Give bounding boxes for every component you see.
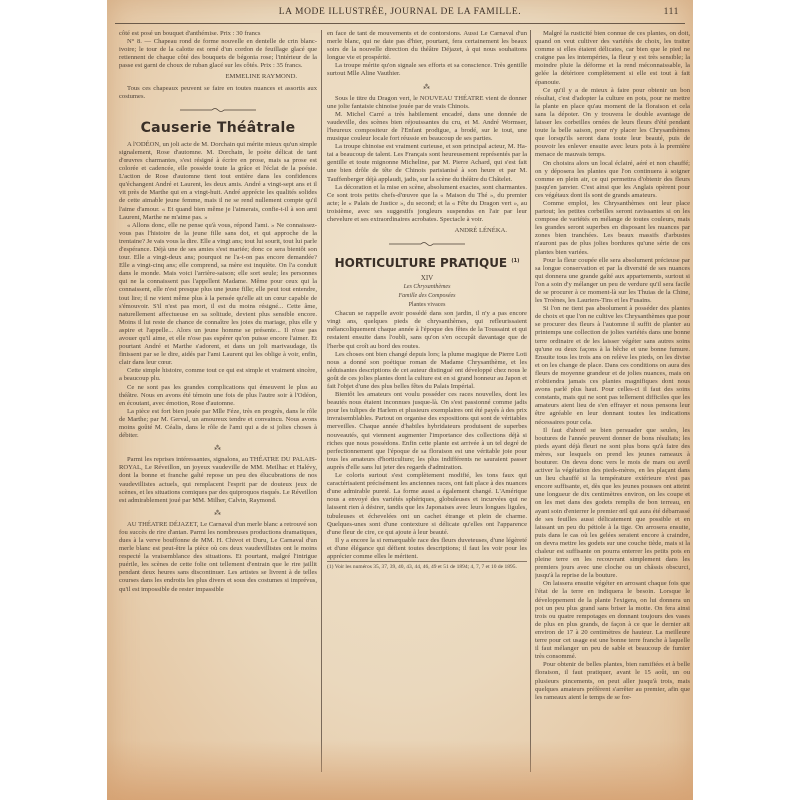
column-divider [530, 30, 531, 772]
paragraph: Sous le titre du Dragon vert, le NOUVEAU… [327, 95, 527, 111]
paragraph: La pièce est fort bien jouée par Mlle Fé… [119, 408, 317, 440]
subtitle: Les Chrysanthèmes [327, 283, 527, 292]
running-head: LA MODE ILLUSTRÉE, JOURNAL DE LA FAMILLE… [107, 7, 693, 21]
ornament-divider [178, 107, 258, 113]
paragraph: en face de tant de mouvements et de cont… [327, 30, 527, 62]
asterism-separator: ⁂ [327, 81, 527, 93]
paragraph: Cette simple histoire, comme tout ce qui… [119, 367, 317, 383]
column-divider [321, 30, 322, 772]
paragraph: Si l'on ne tient pas absolument à posséd… [535, 305, 690, 426]
subtitle: Famille des Composées [327, 292, 527, 301]
paragraph: Parmi les reprises intéressantes, signal… [119, 456, 317, 505]
subtitle: Plantes vivaces [327, 301, 527, 310]
paragraph: On choisira alors un local éclairé, aéré… [535, 160, 690, 200]
paragraph: Tous ces chapeaux peuvent se faire en to… [119, 85, 317, 101]
paragraph: « Allons donc, elle ne pense qu'à vous, … [119, 222, 317, 368]
signature: ANDRÉ LÉNÉKA. [327, 227, 527, 235]
paragraph: Le coloris surtout s'est complètement mo… [327, 472, 527, 537]
footnote: (1) Voir les numéros 35, 37, 39, 40, 43,… [327, 561, 527, 571]
asterism-separator: ⁂ [119, 442, 317, 454]
paragraph: Pour obtenir de belles plantes, bien ram… [535, 661, 690, 701]
column-3: Malgré la rusticité bien connue de ces p… [535, 30, 690, 770]
paragraph: M. Michel Carré a très habilement encadr… [327, 111, 527, 143]
paragraph: Bientôt les amateurs ont voulu posséder … [327, 391, 527, 472]
paragraph: La troupe mérite qu'on signale ses effor… [327, 62, 527, 78]
paragraph: Les choses ont bien changé depuis lors; … [327, 351, 527, 391]
paragraph: N° 8. — Chapeau rond de forme nouvelle e… [119, 38, 317, 70]
paragraph: On laissera ensuite végéter en arrosant … [535, 580, 690, 661]
header-rule [115, 23, 685, 24]
paragraph: Chacun se rappelle avoir possédé dans so… [327, 310, 527, 350]
section-title-causerie: Causerie Théâtrale [119, 119, 317, 137]
paragraph: La troupe chinoise est vraiment curieuse… [327, 143, 527, 183]
paragraph: côté est posé un bouquet d'anthémise. Pr… [119, 30, 317, 38]
section-title-horticulture: HORTICULTURE PRATIQUE (1) [327, 253, 527, 271]
ornament-divider [387, 241, 467, 247]
paragraph: Comme emploi, les Chrysanthèmes ont leur… [535, 200, 690, 257]
paragraph: Il faut d'abord se bien persuader que se… [535, 427, 690, 581]
paragraph: Ce ne sont pas les grandes complications… [119, 384, 317, 408]
paragraph: La décoration et la mise en scène, absol… [327, 184, 527, 224]
journal-title: LA MODE ILLUSTRÉE, JOURNAL DE LA FAMILLE… [107, 7, 693, 17]
page-number: 111 [664, 7, 679, 17]
paragraph: AU THÉATRE DÉJAZET, Le Carnaval d'un mer… [119, 521, 317, 594]
paragraph: Malgré la rusticité bien connue de ces p… [535, 30, 690, 87]
paragraph: Ce qu'il y a de mieux à faire pour obten… [535, 87, 690, 160]
paragraph: Pour la fleur coupée elle sera absolumen… [535, 257, 690, 306]
column-2: en face de tant de mouvements et de cont… [327, 30, 527, 770]
paragraph: A l'ODÉON, un joli acte de M. Dorchain q… [119, 141, 317, 222]
signature: EMMELINE RAYMOND. [119, 73, 317, 81]
column-1: côté est posé un bouquet d'anthémise. Pr… [119, 30, 317, 770]
newspaper-page: LA MODE ILLUSTRÉE, JOURNAL DE LA FAMILLE… [107, 0, 693, 800]
asterism-separator: ⁂ [119, 507, 317, 519]
paragraph: Il y a encore la si remarquable race des… [327, 537, 527, 561]
chapter-number: XIV [327, 273, 527, 283]
footnote-marker: (1) [511, 258, 519, 264]
section-title-text: HORTICULTURE PRATIQUE [335, 256, 508, 270]
